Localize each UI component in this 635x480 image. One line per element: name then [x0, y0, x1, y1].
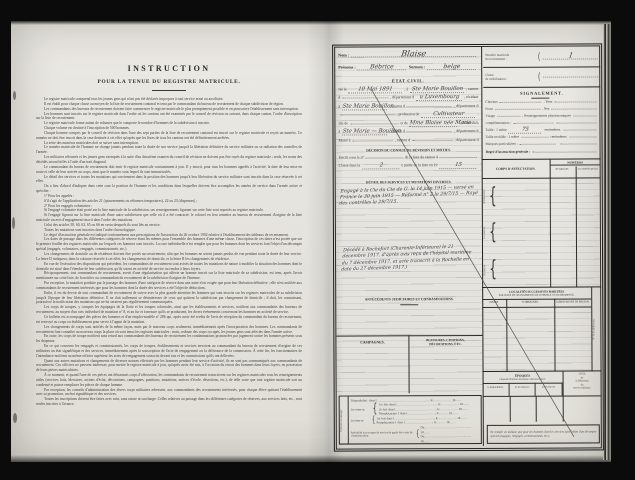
group-brace: {: [489, 220, 497, 245]
position-line: Du……………………………………… 18……: [421, 425, 479, 434]
services-title: DÉTAIL DES SERVICES ET MUTATIONS DIVERSE…: [336, 180, 482, 185]
positions-block: Époques de passage. Disponibilité : dans…: [339, 395, 482, 445]
instruction-paragraph: Les hommes sont inscrits sur le registre…: [36, 112, 302, 122]
instruction-paragraph: Les militaires réformés et les jeunes ge…: [36, 155, 302, 165]
instruction-subtitle: POUR LA TENUE DU REGISTRE MATRICULE.: [36, 79, 302, 85]
etat-civil-row: Marié à , canton d , département d: [339, 138, 479, 147]
matricule-brace: (: [538, 51, 540, 62]
binding-smudge: [13, 91, 16, 100]
epoques-col-header: la disponibilité.: [483, 383, 510, 396]
degre-instruction-value: [532, 151, 597, 152]
title-divider: [152, 90, 186, 91]
specialise-brace: {: [416, 432, 419, 437]
etat-civil-rows: Né le 10 Mai 1891 , à Ste Marie Bouillon…: [338, 87, 478, 147]
instruction-paragraph: Il est établi pour chaque classe au moye…: [36, 102, 302, 107]
localites-table: LOCALITÉS SUCCESSIVES HABITÉES PAR SUITE…: [482, 286, 601, 372]
signalement-title: SIGNALEMENT.: [481, 90, 602, 96]
antecedents-flourish: [400, 304, 418, 305]
instruction-paragraph: Enfin, il est du devoir de tout commanda…: [36, 291, 302, 306]
epoques-table: ÉPOQUES à laquelle l'homme doit passer d…: [483, 370, 602, 422]
epoques-body-v1: [509, 396, 510, 422]
specialise-label: Spécialisé aux troupes du service de gar…: [351, 431, 415, 438]
campagnes-header: CAMPAGNES.: [336, 340, 408, 344]
specialise-group: Spécialisé aux troupes du service de gar…: [351, 425, 479, 444]
localites-col-subdivisions: SUBDIVISIONS DE RÉGION.: [554, 300, 591, 303]
instruction-title: INSTRUCTION: [36, 64, 302, 73]
reserve2-label: 2e réserve.: [351, 419, 371, 424]
instruction-paragraph: Les corps de troupes, y compris les équi…: [36, 305, 302, 315]
instruction-paragraph: Les dates de passage dans les différente…: [36, 237, 302, 252]
group-brace: {: [489, 184, 497, 209]
corps-row-group: 1re réserve. {: [483, 220, 497, 246]
position-line: Du……………………………………… 18……: [421, 434, 479, 443]
numero-matricule-label: Numéro matricule du recrutement :: [483, 52, 537, 61]
signalement-flourish: [531, 98, 549, 99]
etat-civil-title: ÉTAT CIVIL.: [335, 78, 481, 84]
instruction-paragraph: En outre, les corps de troupe notifient …: [36, 334, 302, 344]
instruction-page: INSTRUCTION POUR LA TENUE DU REGISTRE MA…: [36, 64, 302, 456]
binding-smudge: [13, 413, 17, 423]
prenoms-label: Prénoms :: [338, 64, 355, 69]
corps-table-body: [482, 177, 601, 288]
reserve1-brace: {: [373, 407, 378, 412]
instruction-paragraph: Le détail des services et toutes les mut…: [36, 175, 302, 185]
decision-title: DÉCISION DU CONSEIL DE RÉVISION ET MOTIF…: [336, 148, 482, 153]
signalement-row: Marques particulières :: [486, 141, 599, 148]
binding-smudge: [12, 217, 15, 229]
note-box: Ne remplir en italique que pour les homm…: [487, 424, 600, 443]
epoques-col-header: la 1re réserve.: [509, 383, 536, 396]
degre-instruction-row: Degré d'instruction générale :: [486, 149, 599, 156]
reserve1-group: 1re réserve. { 1re fois dans l……………………………: [351, 402, 479, 416]
corps-row-group: 2e réserve. {: [483, 257, 497, 283]
reserve2-brace: {: [372, 419, 375, 424]
epoques-bodyline: [483, 395, 602, 397]
epoques-cols: la disponibilité.la 1re réserve.la 2e ré…: [483, 383, 563, 396]
reserve1-label: 1re réserve.: [351, 407, 371, 412]
surnom-label: Surnom :: [409, 64, 425, 69]
nom-value: Blaise: [351, 51, 477, 58]
instruction-body: Le registre matricule comprend tous les …: [36, 97, 302, 407]
positions-side-strip: Époques de passage.: [340, 397, 349, 444]
decision-rows: Inscrit sous le n° de la liste du canton…: [339, 155, 479, 172]
instruction-paragraph: En vue de l'exécution des dispositions q…: [36, 262, 302, 272]
instruction-paragraph: Les commandants des bureaux de recruteme…: [36, 107, 302, 112]
classe-mobilisation-box: Classe de mobilisation : (: [483, 66, 600, 88]
instruction-paragraph: Ce bulletin est accompagné des pièces de…: [36, 315, 302, 325]
reserve1-rows: 1re fois dans l…………………………………, le……………… 1…: [379, 402, 479, 416]
instruction-paragraph: Le commandant du bureau de recrutement d…: [36, 165, 302, 175]
decision-row: Classé dans la 2 e partie de la liste en…: [339, 163, 479, 172]
specialise-rows: Du……………………………………… 18……Du……………………………………… …: [421, 425, 479, 444]
epoques-col-header: la 2e réserve.: [536, 383, 563, 396]
corps-affectation-table: CORPS D'AFFECTATION. NUMÉROS de matricul…: [482, 158, 602, 288]
prenoms-value: Bébrice: [357, 64, 407, 70]
instruction-paragraph: En ce qui concerne les rengagés et commi…: [36, 344, 302, 359]
epoques-body-v2: [536, 396, 537, 422]
localites-col-communes: COMMUNES.: [506, 301, 554, 304]
numero-matricule-value: 1: [543, 53, 599, 59]
antecedents-title: ANTÉCÉDENTS JUDICIAIRES ET CONDAMNATIONS…: [336, 297, 482, 302]
register-page-edges: [603, 24, 611, 460]
matricule-form: Nom : Blaise Prénoms : Bébrice Surnom : …: [334, 45, 602, 449]
corps-affectation-header: CORPS D'AFFECTATION.: [482, 167, 550, 171]
note-text: Ne remplir en italique que pour les homm…: [488, 430, 599, 438]
numeros-sub1: de matricule.: [550, 168, 575, 171]
group-brace: {: [489, 257, 497, 282]
corps-row-group: Armée active. {: [483, 183, 497, 209]
instruction-paragraph: Toutes les inscriptions doivent être fai…: [36, 397, 302, 407]
instruction-paragraph: Réciproquement, tout commandant de recru…: [36, 271, 302, 281]
epoques-subtitle: à laquelle l'homme doit passer dans (ou …: [483, 378, 563, 381]
instruction-paragraph: Les changements de domicile ou de réside…: [36, 252, 302, 262]
instruction-paragraph: Chaque homme compris par le conseil de r…: [36, 131, 302, 141]
reserve2-rows: 1re fois dans l…………………………………, le……………… 1…: [376, 416, 478, 426]
surnom-value: belge: [427, 64, 477, 70]
numero-matricule-box: Numéro matricule du recrutement : ( 1: [483, 46, 600, 68]
instruction-paragraph: Quant aux autres mutations et changement…: [36, 359, 302, 374]
positions-rows: Disponibilité : dans l……………………………………………,…: [351, 397, 479, 443]
nom-row: Nom : Blaise: [338, 51, 478, 63]
classe-mobilisation-value: [543, 76, 598, 77]
instruction-paragraph: À ce moment, et quand l'une de ces pièce…: [36, 373, 302, 388]
matricule-form-page: Nom : Blaise Prénoms : Bébrice Surnom : …: [332, 43, 604, 451]
blessures-header: BLESSURES, CITATIONS, DÉCORATIONS, ETC.: [408, 338, 482, 346]
signalement-rows: Cheveux , Yeux Front , Nez Visage: [485, 99, 598, 148]
nom-label: Nom :: [338, 53, 349, 58]
instruction-paragraph: Si l'engagé figurait sur la liste matric…: [36, 213, 302, 223]
epoques-date-header: DATEdela libérationduservice militaire.: [563, 372, 602, 390]
localites-body: [482, 306, 591, 371]
date-header-line: service militaire.: [563, 387, 602, 391]
instruction-paragraph: Par exception, la mutation produite par …: [36, 281, 302, 291]
prenoms-surnom-row: Prénoms : Bébrice Surnom : belge: [338, 64, 478, 75]
corps-row-groups: Armée active. { 1re réserve. { 2e réserv…: [483, 178, 497, 288]
numeros-header: NUMÉROS: [550, 160, 601, 165]
deces-handwritten-note: Décédé à Rochefort (Charente-Inférieure)…: [341, 244, 477, 274]
instruction-paragraph: Les changements de corps sont notifiés d…: [36, 325, 302, 335]
instruction-paragraph: Par exception, les conseils d'administra…: [36, 388, 302, 398]
degre-instruction-label: Degré d'instruction générale :: [486, 150, 531, 154]
numeros-sub2: au contrôle spécial.: [576, 167, 601, 170]
localites-side-label: N° de la subdivision.: [592, 287, 601, 371]
positions-side-label: Époques de passage.: [340, 397, 348, 444]
localites-title2: PAR SUITE DE CHANGEMENTS DE DOMICILE OU …: [482, 293, 591, 296]
instruction-paragraph: Le numéro matricule de l'homme ne change…: [36, 145, 302, 155]
scanned-register-spread: INSTRUCTION POUR LA TENUE DU REGISTRE MA…: [0, 0, 635, 480]
localites-col-dates: DATES.: [482, 301, 506, 304]
instruction-paragraph: On a lieu d'abord d'indiquer dans cette …: [36, 184, 302, 194]
classe-mobilisation-label: Classe de mobilisation :: [483, 72, 537, 81]
classe-brace: (: [538, 71, 540, 82]
